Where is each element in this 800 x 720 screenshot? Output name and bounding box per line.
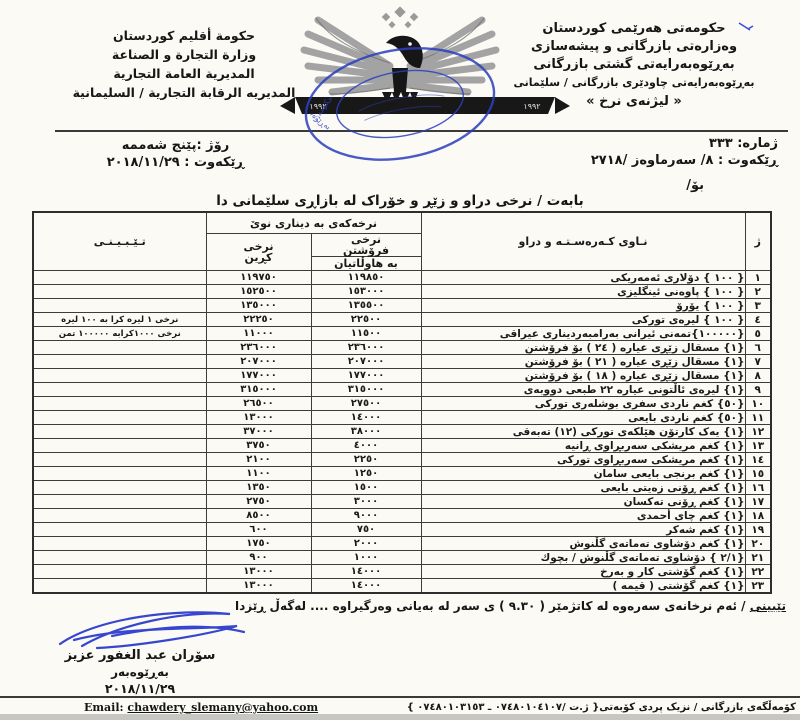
- row-note: [33, 341, 206, 355]
- row-number: ١٢: [745, 425, 771, 439]
- row-number: ١٣: [745, 439, 771, 453]
- row-number: ١٠: [745, 397, 771, 411]
- row-number: ٢: [745, 285, 771, 299]
- row-note: نرخی ١٠٠٠كرابە ١٠٠٠٠٠ تمن: [33, 327, 206, 341]
- buy-price: ٣٧٥٠: [206, 439, 311, 453]
- buy-price: ١٣٥٠: [206, 481, 311, 495]
- row-note: [33, 271, 206, 285]
- buy-price: ٦٠٠: [206, 523, 311, 537]
- sell-price: ١٣٥٥٠٠: [311, 299, 421, 313]
- signature-date: ٢٠١٨/١١/٢٩: [34, 681, 246, 696]
- row-number: ١٦: [745, 481, 771, 495]
- row-number: ٦: [745, 341, 771, 355]
- item-name: {١} كغم ڕۆنی تەكسان: [421, 495, 745, 509]
- table-row: ١٠{٥٠} كغم ناردی سفری بوشلەری توركی٢٧٥٠٠…: [33, 397, 771, 411]
- row-number: ٢٣: [745, 579, 771, 594]
- row-number: ١٤: [745, 453, 771, 467]
- pen-mark-icon: [736, 20, 756, 34]
- sell-price: ٢٢٥٠: [311, 453, 421, 467]
- sell-price: ٣٨٠٠٠: [311, 425, 421, 439]
- row-number: ١١: [745, 411, 771, 425]
- sell-price: ١١٥٠٠: [311, 327, 421, 341]
- date-block-left: رۆژ :پێنج شەممە ڕێكەوت : ٢٠١٨/١١/٢٩: [78, 137, 273, 171]
- table-row: ٢{ ١٠٠ } پاوەنی ئینگلیزی١٥٣٠٠٠١٥٢٥٠٠: [33, 285, 771, 299]
- to-line: بۆ/: [686, 178, 704, 193]
- row-note: [33, 523, 206, 537]
- footer: Email: chawdery_slemany@yahoo.com كۆمەڵگ…: [84, 701, 796, 714]
- table-row: ٩{١} لیرەی ئاڵتونی عیارە ٢٢ طبعی دووبەی٣…: [33, 383, 771, 397]
- letter-number: ژمارە: ٣٣٣: [520, 135, 778, 152]
- table-row: ١٢{١} یەک كارتۆن هێلكەی توركی (١٢) تەبەق…: [33, 425, 771, 439]
- item-name: {١} كغم برنجی بایعی سامان: [421, 467, 745, 481]
- row-note: نرخی ١ لیرە كرا بە ١٠٠ لیرە: [33, 313, 206, 327]
- item-name: {١} كغم چای أحمدی: [421, 509, 745, 523]
- row-number: ٢٠: [745, 537, 771, 551]
- sell-price: ٢٠٧٠٠٠: [311, 355, 421, 369]
- sun-icon: [382, 6, 418, 28]
- row-number: ٣: [745, 299, 771, 313]
- sell-price: ٢٢٥٠٠: [311, 313, 421, 327]
- row-number: ٩: [745, 383, 771, 397]
- col-header-sell-sub: بە هاوڵاتیان: [311, 257, 421, 271]
- buy-price: ٢٢٢٥٠: [206, 313, 311, 327]
- row-number: ٤: [745, 313, 771, 327]
- footnote-text: / ئەم نرخانەی سەرەوە لە كاتژمێر ( ٩.٣٠ )…: [235, 599, 750, 613]
- item-name: {١} مسقال زێڕی عیارە ( ٢١ ) بۆ فرۆشتن: [421, 355, 745, 369]
- sell-price: ٢٣٦٠٠٠: [311, 341, 421, 355]
- row-number: ٢٢: [745, 565, 771, 579]
- row-note: [33, 411, 206, 425]
- document-page: حكومة أقليم كوردستان وزارة التجارة و الص…: [0, 0, 800, 720]
- row-note: [33, 565, 206, 579]
- sell-price: ١٢٥٠: [311, 467, 421, 481]
- footer-divider: [0, 696, 800, 698]
- item-name: {١٠٠٠٠٠}تمەنی ئیرانی بەرامبەردیناری عیرا…: [421, 327, 745, 341]
- footnote-label: تێبینی: [750, 599, 786, 613]
- table-row: ٢٢{١} كغم گۆشتی كار و بەرخ١٤٠٠٠١٣٠٠٠: [33, 565, 771, 579]
- sell-price: ٢٠٠٠: [311, 537, 421, 551]
- col-header-buy: نرخی كڕین: [206, 234, 311, 271]
- sell-price: ٤٠٠٠: [311, 439, 421, 453]
- sell-price: ٣٠٠٠: [311, 495, 421, 509]
- buy-price: ١٣٥٠٠٠: [206, 299, 311, 313]
- scan-edge: [0, 714, 800, 720]
- row-number: ١٨: [745, 509, 771, 523]
- row-number: ٨: [745, 369, 771, 383]
- table-row: ٤{ ١٠٠ } لیرەی توركی٢٢٥٠٠٢٢٢٥٠نرخی ١ لیر…: [33, 313, 771, 327]
- table-row: ٢٣{١} كغم گۆشتی ( قیمە )١٤٠٠٠١٣٠٠٠: [33, 579, 771, 594]
- item-name: {١} كغم مریشكی سەربڕاوی توركی: [421, 453, 745, 467]
- row-number: ٧: [745, 355, 771, 369]
- col-header-item: نـاوی كـەرەسـتـە و دراو: [421, 212, 745, 271]
- item-name: {١} كغم مریشكی سەربڕاوی ڕانیە: [421, 439, 745, 453]
- table-row: ١٣{١} كغم مریشكی سەربڕاوی ڕانیە٤٠٠٠٣٧٥٠: [33, 439, 771, 453]
- table-row: ١٨{١} كغم چای أحمدی٩٠٠٠٨٥٠٠: [33, 509, 771, 523]
- table-row: ٥{١٠٠٠٠٠}تمەنی ئیرانی بەرامبەردیناری عیر…: [33, 327, 771, 341]
- item-name: {١} كغم گۆشتی ( قیمە ): [421, 579, 745, 594]
- table-row: ١٧{١} كغم ڕۆنی تەكسان٣٠٠٠٢٧٥٠: [33, 495, 771, 509]
- row-number: ٥: [745, 327, 771, 341]
- buy-price: ١٧٥٠: [206, 537, 311, 551]
- price-table-body: ١{ ١٠٠ } دۆلاری ئەمەریكی١١٩٨٥٠١١٩٧٥٠٢{ ١…: [33, 271, 771, 594]
- table-row: ١٥{١} كغم برنجی بایعی سامان١٢٥٠١١٠٠: [33, 467, 771, 481]
- item-name: {١} كغم گۆشتی كار و بەرخ: [421, 565, 745, 579]
- buy-price: ٢٣٦٠٠٠: [206, 341, 311, 355]
- row-note: [33, 369, 206, 383]
- buy-price: ٣٧٠٠٠: [206, 425, 311, 439]
- buy-price: ٢٦٥٠٠: [206, 397, 311, 411]
- sell-price: ١٤٠٠٠: [311, 411, 421, 425]
- row-number: ٢١: [745, 551, 771, 565]
- item-name: {١} مسقال زێڕی عیارە ( ١٨ ) بۆ فرۆشتن: [421, 369, 745, 383]
- buy-price: ١٣٠٠٠: [206, 579, 311, 594]
- buy-price: ١١٩٧٥٠: [206, 271, 311, 285]
- buy-price: ١١٠٠: [206, 467, 311, 481]
- row-note: [33, 551, 206, 565]
- row-number: ١٥: [745, 467, 771, 481]
- buy-price: ١٣٠٠٠: [206, 565, 311, 579]
- signatory-title: بەڕێوەبەر: [34, 665, 246, 679]
- item-name: {٥٠} كغم ناردی بایعی: [421, 411, 745, 425]
- table-row: ٣{ ١٠٠ } یۆرۆ١٣٥٥٠٠١٣٥٠٠٠: [33, 299, 771, 313]
- row-note: [33, 537, 206, 551]
- table-row: ١٩{١} كغم شەكر٧٥٠٦٠٠: [33, 523, 771, 537]
- sell-price: ١٧٧٠٠٠: [311, 369, 421, 383]
- sell-price: ٢٧٥٠٠: [311, 397, 421, 411]
- row-note: [33, 495, 206, 509]
- row-number: ١: [745, 271, 771, 285]
- row-number: ١٧: [745, 495, 771, 509]
- row-note: [33, 285, 206, 299]
- buy-price: ٢٧٥٠: [206, 495, 311, 509]
- table-row: ١٤{١} كغم مریشكی سەربڕاوی توركی٢٢٥٠٢١٠٠: [33, 453, 771, 467]
- item-name: {١} مسقال زێڕی عیارە ( ٢٤ ) بۆ فرۆشتن: [421, 341, 745, 355]
- item-name: { ١٠٠ } لیرەی توركی: [421, 313, 745, 327]
- price-table: ژ نـاوی كـەرەسـتـە و دراو نرخەكەی بە دین…: [32, 211, 772, 594]
- sell-price: ١٥٠٠: [311, 481, 421, 495]
- date-gregorian: ڕێكەوت : ٢٠١٨/١١/٢٩: [78, 154, 273, 171]
- item-name: {١} لیرەی ئاڵتونی عیارە ٢٢ طبعی دووبەی: [421, 383, 745, 397]
- sell-price: ١٤٠٠٠: [311, 579, 421, 594]
- sell-price: ١٤٠٠٠: [311, 565, 421, 579]
- col-header-note: تـێـبـیـنـی: [33, 212, 206, 271]
- subject-line: بابەت / نرخی دراو و زێڕ و خۆراک لە بازاڕ…: [0, 193, 800, 209]
- buy-price: ٢٠٧٠٠٠: [206, 355, 311, 369]
- row-note: [33, 481, 206, 495]
- table-row: ٨{١} مسقال زێڕی عیارە ( ١٨ ) بۆ فرۆشتن١٧…: [33, 369, 771, 383]
- ribbon-year-right: ١٩٩٢: [523, 102, 540, 111]
- table-row: ٢٠{١} كغم دۆشاوی تەماتەی گڵنوش٢٠٠٠١٧٥٠: [33, 537, 771, 551]
- sell-price: ٧٥٠: [311, 523, 421, 537]
- buy-price: ١٥٢٥٠٠: [206, 285, 311, 299]
- buy-price: ٣١٥٠٠٠: [206, 383, 311, 397]
- stamp-ring-bottom-text: بەڕێوەبەرایەتی چاودێری بازرگانی سلێمانی: [240, 6, 333, 147]
- item-name: {١} كغم ڕۆنی زەیتی بایعی: [421, 481, 745, 495]
- sell-price: ١٠٠٠: [311, 551, 421, 565]
- table-row: ٦{١} مسقال زێڕی عیارە ( ٢٤ ) بۆ فرۆشتن٢٣…: [33, 341, 771, 355]
- table-row: ٧{١} مسقال زێڕی عیارە ( ٢١ ) بۆ فرۆشتن٢٠…: [33, 355, 771, 369]
- row-note: [33, 355, 206, 369]
- col-header-number: ژ: [745, 212, 771, 271]
- address-phone-line: كۆمەڵگەی بازرگانی / نزیک پردی كۆبەتی{ ژ.…: [407, 702, 796, 713]
- item-name: { ١٠٠ } دۆلاری ئەمەریكی: [421, 271, 745, 285]
- row-number: ١٩: [745, 523, 771, 537]
- item-name: {١} كغم شەكر: [421, 523, 745, 537]
- item-name: { ١٠٠ } یۆرۆ: [421, 299, 745, 313]
- row-note: [33, 397, 206, 411]
- row-note: [33, 509, 206, 523]
- row-note: [33, 383, 206, 397]
- item-name: { ١٠٠ } پاوەنی ئینگلیزی: [421, 285, 745, 299]
- item-name: {٥٠} كغم ناردی سفری بوشلەری توركی: [421, 397, 745, 411]
- sell-price: ١٥٣٠٠٠: [311, 285, 421, 299]
- sell-price: ٣١٥٠٠٠: [311, 383, 421, 397]
- signatory-name: سۆران عبد الغفور عزیز: [34, 648, 246, 663]
- row-note: [33, 467, 206, 481]
- row-note: [33, 299, 206, 313]
- table-row: ٢١{٢/١ } دۆشاوی تەماتەی گڵنوش / بچوك١٠٠٠…: [33, 551, 771, 565]
- sell-price: ٩٠٠٠: [311, 509, 421, 523]
- buy-price: ١١٠٠٠: [206, 327, 311, 341]
- buy-price: ١٧٧٠٠٠: [206, 369, 311, 383]
- row-note: [33, 579, 206, 594]
- buy-price: ٨٥٠٠: [206, 509, 311, 523]
- ref-block-right: ژمارە: ٣٣٣ ڕێكەوت : ٨/ سەرماوەز /٢٧١٨: [520, 135, 778, 169]
- buy-price: ٩٠٠: [206, 551, 311, 565]
- row-note: [33, 453, 206, 467]
- item-name: {١} كغم دۆشاوی تەماتەی گڵنوش: [421, 537, 745, 551]
- date-kurdish: ڕێكەوت : ٨/ سەرماوەز /٢٧١٨: [520, 152, 778, 169]
- signature-block: سۆران عبد الغفور عزیز بەڕێوەبەر ٢٠١٨/١١/…: [34, 648, 246, 696]
- table-row: ١{ ١٠٠ } دۆلاری ئەمەریكی١١٩٨٥٠١١٩٧٥٠: [33, 271, 771, 285]
- email-address: chawdery_slemany@yahoo.com: [127, 701, 318, 714]
- row-note: [33, 425, 206, 439]
- sell-price: ١١٩٨٥٠: [311, 271, 421, 285]
- buy-price: ٢١٠٠: [206, 453, 311, 467]
- svg-text:بەڕێوەبەرایەتی چاودێری بازرگان: بەڕێوەبەرایەتی چاودێری بازرگانی سلێمانی: [240, 6, 333, 147]
- table-row: ١١{٥٠} كغم ناردی بایعی١٤٠٠٠١٣٠٠٠: [33, 411, 771, 425]
- col-header-sell: نرخی فرۆشتن: [311, 234, 421, 257]
- row-note: [33, 439, 206, 453]
- item-name: {١} یەک كارتۆن هێلكەی توركی (١٢) تەبەقی: [421, 425, 745, 439]
- buy-price: ١٣٠٠٠: [206, 411, 311, 425]
- table-row: ١٦{١} كغم ڕۆنی زەیتی بایعی١٥٠٠١٣٥٠: [33, 481, 771, 495]
- col-header-price-group: نرخەكەی بە دیناری نوێ: [206, 212, 421, 234]
- day-label: رۆژ :پێنج شەممە: [78, 137, 273, 154]
- email-label: Email:: [84, 701, 124, 714]
- email-line: Email: chawdery_slemany@yahoo.com: [84, 701, 318, 714]
- item-name: {٢/١ } دۆشاوی تەماتەی گڵنوش / بچوك: [421, 551, 745, 565]
